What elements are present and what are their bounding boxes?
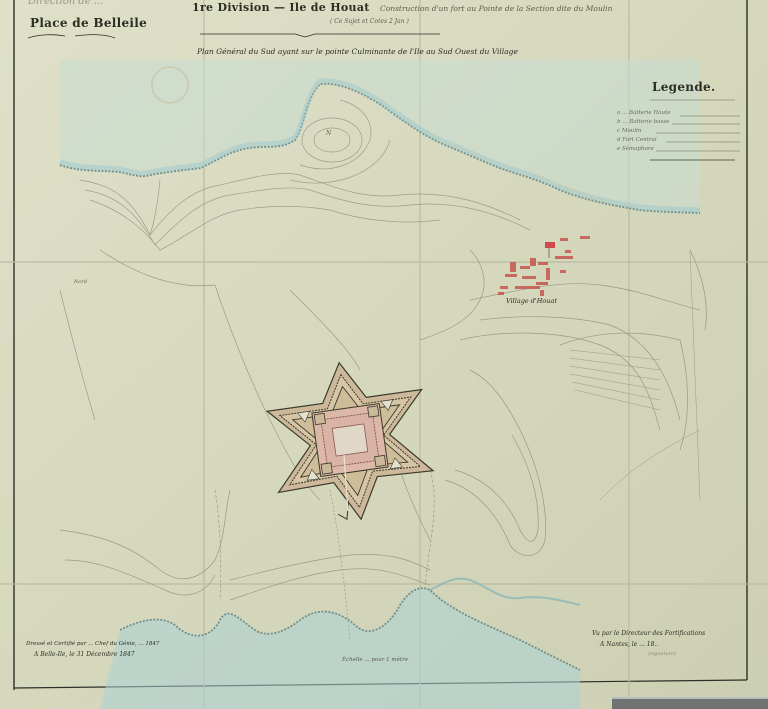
subtitle-right: Construction d'un fort au Pointe de la S… — [380, 4, 612, 13]
footer-right-line1: Vu par le Directeur des Fortifications — [592, 630, 705, 637]
hill-mark: N — [326, 130, 331, 137]
header-top-left-faint: Direction de ... — [28, 0, 103, 7]
footer-left-line2: A Belle-Ile, le 31 Décembre 1847 — [34, 651, 135, 658]
legend-item-d: d Fort Central — [617, 137, 657, 143]
scanner-edge-highlight — [612, 697, 768, 699]
west-label: Nord — [74, 279, 87, 285]
footer-right-signature: (signature) — [648, 651, 676, 657]
scale-label: Échelle ... pour 1 mètre — [342, 657, 408, 663]
village-label: Village d'Houat — [506, 297, 557, 305]
subtitle-bracket: ( Ce Sujet et Cotes 2 Jan ) — [330, 18, 409, 25]
footer-left-line1: Dressé et Certifié par ... Chef du Génie… — [26, 641, 159, 647]
division-title: 1re Division — Ile de Houat — [192, 1, 370, 14]
place-title: Place de Belleile — [30, 16, 147, 30]
legend-item-c: c Moulin — [617, 128, 641, 134]
map-sheet: Direction de ... Place de Belleile 1re D… — [0, 0, 768, 709]
legend-title: Legende. — [652, 80, 715, 94]
legend-item-b: b ... Batterie basse — [617, 119, 669, 125]
footer-right-line2: A Nantes, le ... 18.. — [600, 641, 658, 648]
legend-item-a: a ... Batterie Haute — [617, 110, 671, 116]
legend-item-e: e Sémaphore — [617, 146, 654, 152]
plan-title: Plan Général du Sud ayant sur le pointe … — [197, 47, 518, 56]
map-canvas — [0, 0, 768, 709]
